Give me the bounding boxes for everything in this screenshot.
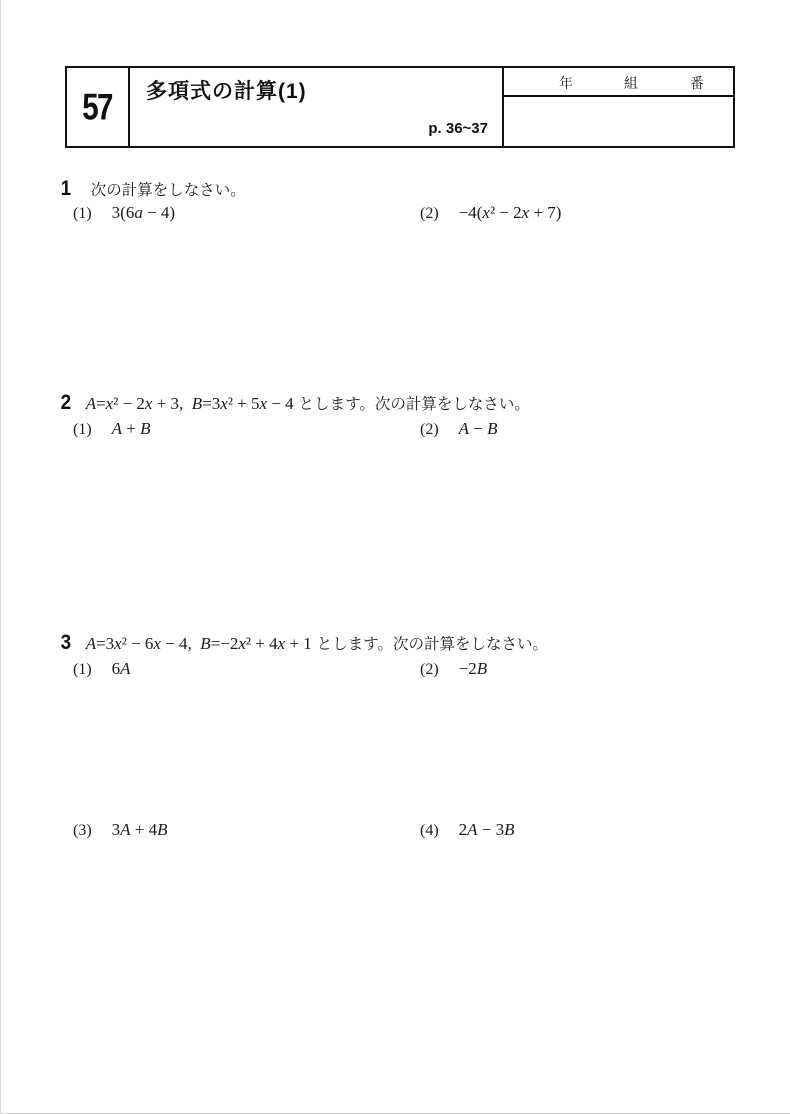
- year-label: 年: [559, 73, 573, 93]
- problem-3-item-1: (1) 6A: [73, 659, 131, 679]
- problem-3-statement: 3 A=3x² − 6x − 4, B=−2x² + 4x + 1 とします。次…: [60, 631, 548, 655]
- item-expression: 6A: [112, 659, 131, 679]
- name-field-labels: 年 組 番: [504, 68, 733, 97]
- item-label: (1): [73, 421, 92, 439]
- problem-2-statement-text: とします。次の計算をしなさい。: [299, 392, 530, 414]
- item-expression: A + B: [112, 419, 151, 439]
- item-expression: A − B: [459, 419, 498, 439]
- item-label: (2): [420, 661, 439, 679]
- problem-3-statement-text: とします。次の計算をしなさい。: [317, 632, 548, 654]
- item-label: (4): [420, 822, 439, 840]
- item-label: (2): [420, 421, 439, 439]
- item-expression: −2B: [459, 659, 487, 679]
- problem-3-item-2: (2) −2B: [420, 659, 487, 679]
- seat-label: 番: [690, 73, 704, 93]
- problem-2-statement-math: A=x² − 2x + 3, B=3x² + 5x − 4: [86, 394, 294, 414]
- problem-2-number: 2: [61, 391, 72, 415]
- item-label: (1): [73, 661, 92, 679]
- worksheet-page: 57 多項式の計算(1) p. 36~37 年 組 番 1 次の計算をしなさい。…: [0, 0, 790, 1114]
- item-label: (1): [73, 205, 92, 223]
- problem-3-item-4: (4) 2A − 3B: [420, 820, 515, 840]
- title-cell: 多項式の計算(1) p. 36~37: [130, 68, 502, 146]
- name-field-cell: 年 組 番: [502, 68, 733, 146]
- problem-1-statement: 1 次の計算をしなさい。: [60, 177, 246, 201]
- worksheet-title: 多項式の計算(1): [146, 75, 307, 105]
- item-expression: −4(x² − 2x + 7): [459, 203, 562, 223]
- item-expression: 3A + 4B: [112, 820, 168, 840]
- problem-2-item-1: (1) A + B: [73, 419, 151, 439]
- problem-1-statement-text: 次の計算をしなさい。: [91, 178, 246, 200]
- problem-1-item-2: (2) −4(x² − 2x + 7): [420, 203, 561, 223]
- item-expression: 3(6a − 4): [112, 203, 175, 223]
- problem-2-statement: 2 A=x² − 2x + 3, B=3x² + 5x − 4 とします。次の計…: [60, 391, 530, 415]
- problem-1-item-1: (1) 3(6a − 4): [73, 203, 175, 223]
- problem-3-number: 3: [61, 631, 72, 655]
- worksheet-header: 57 多項式の計算(1) p. 36~37 年 組 番: [65, 66, 735, 148]
- class-label: 組: [624, 73, 638, 93]
- lesson-number-cell: 57: [67, 68, 130, 146]
- problem-2-item-2: (2) A − B: [420, 419, 498, 439]
- problem-1-number: 1: [61, 177, 72, 201]
- item-expression: 2A − 3B: [459, 820, 515, 840]
- item-label: (3): [73, 822, 92, 840]
- name-entry-area: [504, 97, 733, 146]
- item-label: (2): [420, 205, 439, 223]
- textbook-page-ref: p. 36~37: [428, 120, 488, 137]
- page-edge-left: [0, 0, 1, 1114]
- lesson-number: 57: [83, 85, 113, 129]
- problem-3-item-3: (3) 3A + 4B: [73, 820, 168, 840]
- problem-3-statement-math: A=3x² − 6x − 4, B=−2x² + 4x + 1: [86, 634, 312, 654]
